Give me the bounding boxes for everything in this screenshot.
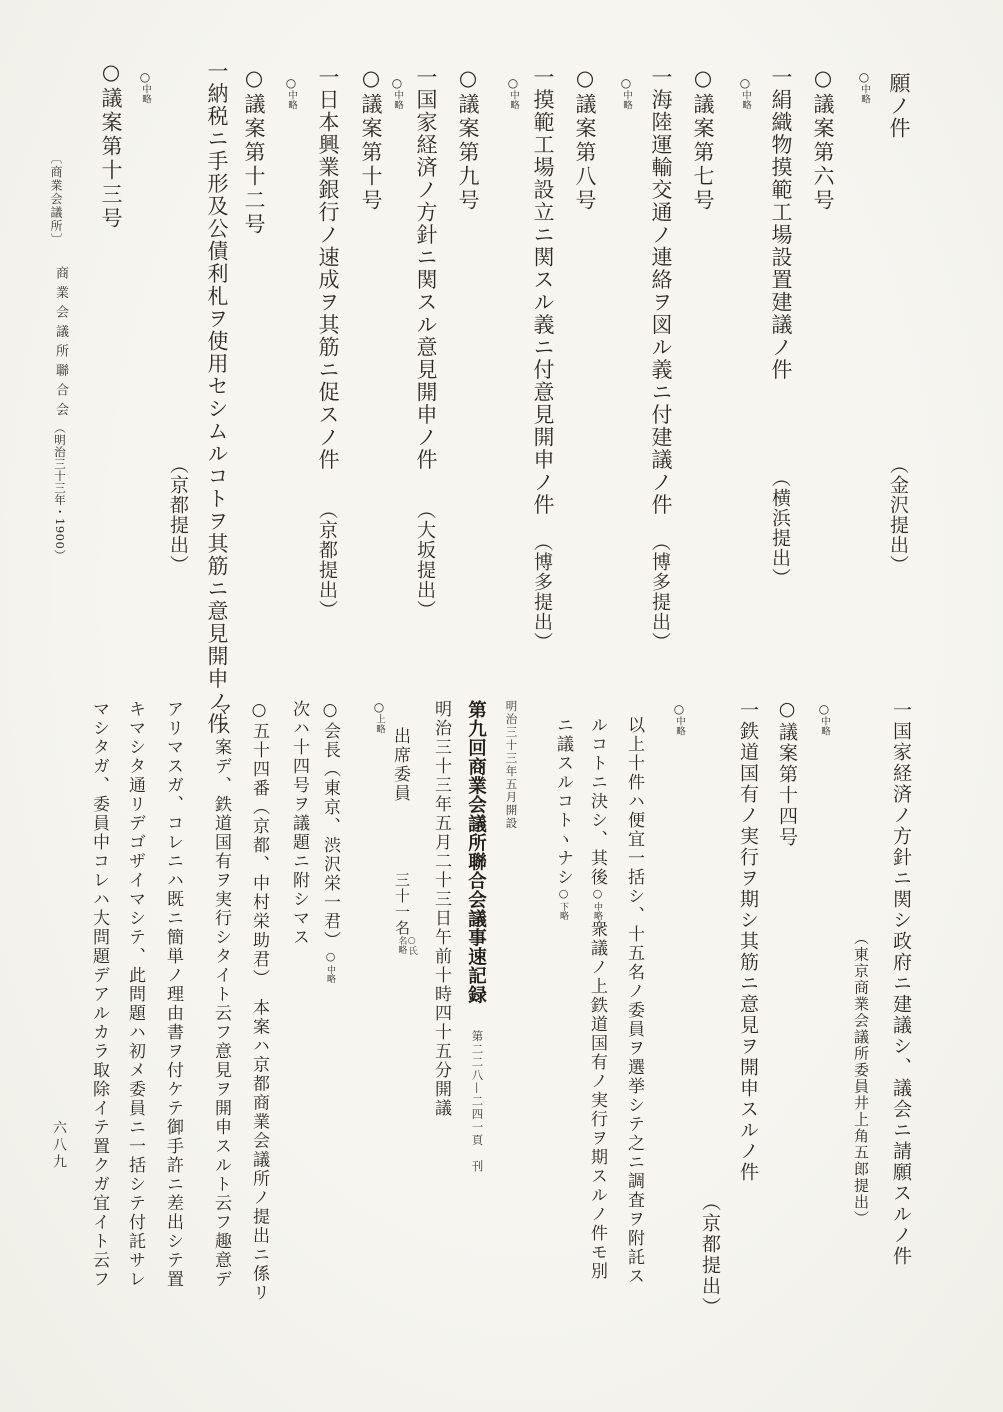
- omission-mark: ○中略: [618, 76, 634, 110]
- omission-label: 中略: [140, 84, 151, 104]
- note-line-3-text: ニ議スルコトヽナシ: [553, 716, 573, 887]
- note-line-2b: 衆議ノ上鉄道国有ノ実行ヲ期スルノ件モ別: [587, 920, 607, 1281]
- case-8-submitter: （博多提出）: [532, 532, 551, 652]
- circle-glyph: ○: [817, 702, 831, 716]
- case-6-number: ○議案第六号: [812, 66, 833, 213]
- omission-label: 中略: [859, 84, 870, 104]
- case-6-submitter: （横浜提出）: [770, 468, 789, 588]
- case-14-number: ○議案第十四号: [777, 698, 796, 848]
- case-14-submitter: （京都提出）: [700, 1192, 719, 1318]
- omission-mark: ○中略: [737, 76, 753, 110]
- circle-glyph: ○: [372, 700, 386, 714]
- speech-line-5: マシタガ、委員中コレハ大問題デアルカラ取除イテ置クガ宜イト云フ: [90, 700, 107, 1289]
- omission-mark: ○中略: [283, 76, 299, 110]
- attendees-count: 三十一名: [394, 872, 409, 936]
- inline-omission-note: ○下略: [553, 887, 573, 920]
- circle-glyph: ○: [390, 76, 404, 90]
- case-7-body: 一海陸運輸交通ノ連絡ヲ図ル義ニ付建議ノ件: [650, 66, 671, 516]
- case-9-body: 一国家経済ノ方針ニ関スル意見開申ノ件: [415, 66, 436, 471]
- omission-label: 下略: [558, 902, 568, 920]
- omission-label: 中略: [325, 965, 335, 983]
- omission-label: 中略: [819, 716, 830, 736]
- speech-line-1: ○五十四番（京都、中村栄助君） 本案ハ京都商業会議所ノ提出ニ係リ: [250, 700, 267, 1303]
- case-10-number: ○議案第十号: [360, 66, 381, 213]
- series-title: 商業会議所聯合会: [53, 266, 68, 422]
- series-label: 〔商業会議所〕: [50, 152, 62, 247]
- omission-mark: ○中略: [137, 70, 153, 104]
- inline-omission-note: ○中略: [320, 950, 340, 983]
- names-note-right: ○氏: [406, 936, 416, 955]
- case-8-body: 一摸範工場設立ニ関スル義ニ付意見開申ノ件: [532, 66, 553, 516]
- chair-line: ○会長（東京、渋沢栄一君）○中略: [321, 700, 338, 983]
- note-line-2a: ルコトニ決シ、其後: [587, 716, 607, 887]
- scanned-document-page: 願ノ件 （金沢提出） ○中略 ○議案第六号 一絹織物摸範工場設置建議ノ件 （横浜…: [0, 0, 1003, 1412]
- note-line-1: 以上十件ハ便宜一括シ、十五名ノ委員ヲ選挙シテ之ニ調査ヲ附託ス: [625, 716, 642, 1286]
- omission-label: 中略: [508, 90, 519, 110]
- names-note-left: 名略: [396, 936, 406, 955]
- case-13-number: ○議案第十三号: [100, 60, 121, 231]
- omission-label: 中略: [621, 90, 632, 110]
- note-line-2: ルコトニ決シ、其後○中略衆議ノ上鉄道国有ノ実行ヲ期スルノ件モ別: [588, 716, 605, 1281]
- omission-label: 上略: [374, 714, 385, 734]
- circle-glyph: ○: [619, 76, 633, 90]
- attendees-label: 出席委員: [391, 727, 408, 803]
- case-12-number: ○議案第十二号: [243, 66, 264, 237]
- case-7-number: ○議案第七号: [692, 66, 713, 213]
- omission-label: 中略: [740, 90, 751, 110]
- case-9-number: ○議案第九号: [457, 66, 478, 213]
- record-page-range: 第二二八—二四一頁 刊: [471, 1030, 483, 1173]
- omission-mark-top: ○上略: [371, 700, 387, 734]
- case-14-body: 一鉄道国有ノ実行ヲ期シ其筋ニ意見ヲ開申スルノ件: [738, 700, 757, 1183]
- circle-glyph: ○: [557, 887, 570, 902]
- chair-text: ○会長（東京、渋沢栄一君）: [320, 700, 340, 950]
- omission-mark: ○中略: [856, 70, 872, 104]
- case-7-submitter: （博多提出）: [650, 532, 669, 652]
- agenda-line: 次ハ十四号ヲ議題ニ附シマス: [290, 700, 307, 947]
- page-number: 六八九: [52, 1120, 66, 1171]
- omission-mark: ○中略: [671, 702, 687, 736]
- speech-line-2: マス案デ、鉄道国有ヲ実行シタイト云フ意見ヲ開申スルト云フ趣意デ: [212, 700, 229, 1289]
- carryover-case-submitter: （金沢提出）: [888, 455, 907, 575]
- circle-glyph: ○: [857, 70, 871, 84]
- names-omitted-note: ○氏名略: [396, 936, 417, 955]
- case-10-body: 一日本興業銀行ノ速成ヲ其筋ニ促スノ件: [317, 66, 338, 471]
- series-year: （明治三十三年・1900）: [53, 422, 67, 561]
- omission-label: 中略: [674, 716, 685, 736]
- record-title: 第九回商業会議所聯合会議事速記録: [466, 700, 485, 1004]
- speech-line-3: アリマスガ、コレニハ既ニ簡単ノ理由書ヲ付ケテ御手許ニ差出シテ置: [164, 700, 181, 1289]
- circle-glyph: ○: [591, 887, 604, 902]
- record-established-date: 明治三十三年五月開設: [505, 700, 517, 830]
- series-citation: 商業会議所聯合会（明治三十三年・1900）: [52, 266, 68, 561]
- omission-mark: ○中略: [816, 702, 832, 736]
- circle-glyph: ○: [738, 76, 752, 90]
- petition-title: 一国家経済ノ方針ニ関シ政府ニ建議シ、議会ニ請願スルノ件: [891, 700, 910, 1267]
- omission-label: 中略: [592, 902, 602, 920]
- note-line-3: ニ議スルコトヽナシ○下略: [554, 716, 571, 920]
- omission-label: 中略: [392, 90, 403, 110]
- omission-mark: ○中略: [505, 76, 521, 110]
- omission-label: 中略: [286, 90, 297, 110]
- case-6-body: 一絹織物摸範工場設置建議ノ件: [770, 66, 791, 381]
- carryover-case-title: 願ノ件: [888, 72, 909, 140]
- circle-glyph: ○: [672, 702, 686, 716]
- case-8-number: ○議案第八号: [574, 66, 595, 213]
- circle-glyph: ○: [284, 76, 298, 90]
- case-9-submitter: （大坂提出）: [415, 500, 434, 620]
- case-10-submitter: （京都提出）: [317, 500, 336, 620]
- circle-glyph: ○: [506, 76, 520, 90]
- circle-glyph: ○: [324, 950, 337, 965]
- session-opened-line: 明治三十三年五月二十三日午前十時四十五分開議: [432, 700, 449, 1118]
- case-12-submitter: （京都提出）: [168, 455, 187, 575]
- omission-mark: ○中略: [389, 76, 405, 110]
- petition-submitter: （東京商業会議所委員井上角五郎提出）: [853, 930, 868, 1227]
- circle-glyph: ○: [138, 70, 152, 84]
- inline-omission-note: ○中略: [587, 887, 607, 920]
- speech-line-4: キマシタ通リデゴザイマシテ、此問題ハ初メ委員ニ一括シテ付託サレ: [126, 700, 143, 1289]
- case-12-body: 一納税ニ手形及公債利札ヲ使用セシムルコトヲ其筋ニ意見開申ノ件: [206, 60, 227, 735]
